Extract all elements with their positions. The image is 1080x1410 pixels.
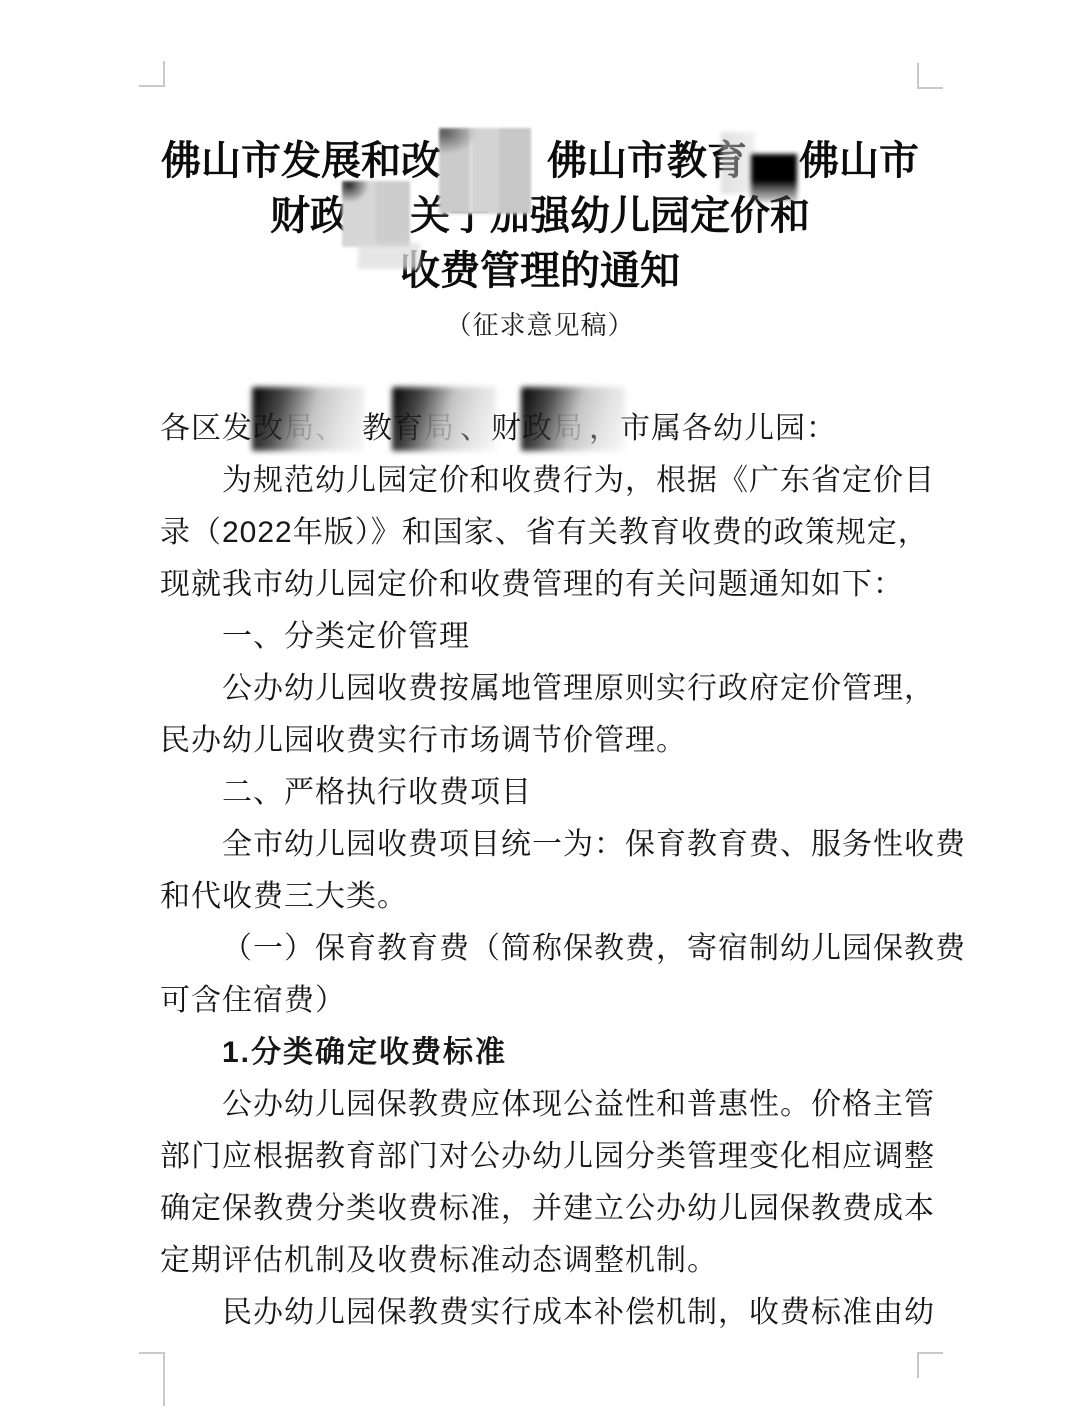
title-text: 佛山市: [799, 136, 919, 186]
title-line-1: 佛山市发展和改佛山市教育佛山市: [120, 136, 960, 191]
title-line-3: 收费管理的通知: [120, 246, 960, 301]
redacted-ghost-text: 局、: [284, 412, 346, 445]
document-title: 佛山市发展和改佛山市教育佛山市 财政关于加强幼儿园定价和 收费管理的通知: [120, 136, 960, 301]
body-line: 民办幼儿园收费实行市场调节价管理。: [160, 715, 960, 767]
margin-corner-mark-bottom-right: [917, 1352, 943, 1378]
body-line-heading: 二、严格执行收费项目: [160, 767, 960, 819]
title-text: 佛山市发展和改: [161, 136, 441, 186]
salutation-text: 、财政: [460, 412, 553, 445]
body-line: 全市幼儿园收费项目统一为：保育教育费、服务性收费: [160, 819, 960, 871]
body-line-bold-heading: 1.分类确定收费标准: [160, 1027, 960, 1079]
redaction-mosaic: [441, 136, 529, 182]
redaction-black-blob: [747, 136, 799, 182]
body-line-heading: 一、分类定价管理: [160, 611, 960, 663]
body-line: 和代收费三大类。: [160, 871, 960, 923]
body-line: 部门应根据教育部门对公办幼儿园分类管理变化相应调整: [160, 1131, 960, 1183]
title-text: 财政: [270, 191, 350, 241]
redacted-ghost-text: 局: [553, 412, 584, 445]
body-line: 录（2022年版）》和国家、省有关教育收费的政策规定，: [160, 507, 960, 559]
body-line: 现就我市幼儿园定价和收费管理的有关问题通知如下：: [160, 559, 960, 611]
salutation-text: ，市属各幼儿园：: [589, 412, 837, 445]
title-line-2: 财政关于加强幼儿园定价和: [120, 191, 960, 246]
body-line: 可含住宿费）: [160, 975, 960, 1027]
margin-corner-mark-top-right: [917, 63, 943, 89]
document-body: 各区发改局、教育局、财政局，市属各幼儿园： 为规范幼儿园定价和收费行为，根据《广…: [160, 403, 960, 1339]
body-line: 定期评估机制及收费标准动态调整机制。: [160, 1235, 960, 1287]
margin-corner-mark-top-left: [139, 61, 165, 87]
title-text: 收费管理的通知: [400, 246, 680, 296]
body-line: （一）保育教育费（简称保教费，寄宿制幼儿园保教费: [160, 923, 960, 975]
redacted-ghost-text: 局: [424, 412, 455, 445]
body-line: 公办幼儿园收费按属地管理原则实行政府定价管理，: [160, 663, 960, 715]
salutation-text: 各区发改: [160, 412, 284, 445]
redaction-smudge: 局: [553, 403, 589, 455]
title-text: 关于加强幼儿园定价和: [410, 191, 810, 241]
redaction-smudge: 局、: [284, 403, 362, 455]
document-subtitle: （征求意见稿）: [120, 305, 960, 342]
body-line: 公办幼儿园保教费应体现公益性和普惠性。价格主管: [160, 1079, 960, 1131]
document-page: 佛山市发展和改佛山市教育佛山市 财政关于加强幼儿园定价和 收费管理的通知 （征求…: [0, 0, 1080, 1410]
redaction-mosaic: [350, 191, 406, 237]
salutation-line: 各区发改局、教育局、财政局，市属各幼儿园：: [160, 403, 960, 455]
redaction-smudge: 局: [424, 403, 460, 455]
body-line: 民办幼儿园保教费实行成本补偿机制，收费标准由幼: [160, 1287, 960, 1339]
margin-corner-mark-bottom-left: [139, 1352, 165, 1406]
body-line: 确定保教费分类收费标准，并建立公办幼儿园保教费成本: [160, 1183, 960, 1235]
title-text: 佛山市教育: [547, 136, 747, 186]
body-line: 为规范幼儿园定价和收费行为，根据《广东省定价目: [160, 455, 960, 507]
salutation-text: 教育: [362, 412, 424, 445]
